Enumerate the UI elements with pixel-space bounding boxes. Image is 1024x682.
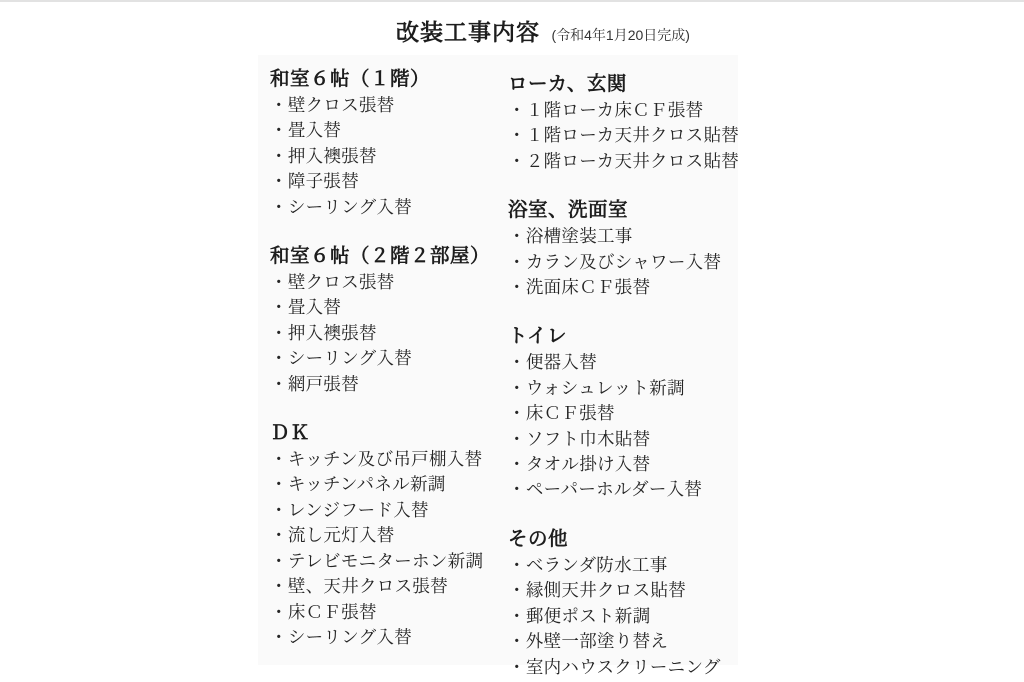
section-items: ・キッチン及び吊戸棚入替 ・キッチンパネル新調 ・レンジフード入替 ・流し元灯入… (270, 447, 506, 650)
work-item: ・流し元灯入替 (270, 523, 506, 548)
item-text: 郵便ポスト新調 (526, 606, 651, 626)
work-list-card: 和室６帖（１階） ・壁クロス張替 ・畳入替 ・押入襖張替 ・障子張替 ・シーリン… (258, 55, 738, 665)
item-text: 床ＣＦ張替 (526, 403, 615, 423)
item-text: 縁側天井クロス貼替 (526, 580, 686, 600)
work-item: ・テレビモニターホン新調 (270, 549, 506, 574)
item-text: 畳入替 (288, 297, 341, 317)
item-bullet: ・ (508, 429, 526, 449)
work-section: ローカ、玄関 ・１階ローカ床ＣＦ張替 ・１階ローカ天井クロス貼替 ・２階ローカ天… (508, 70, 736, 174)
section-items: ・便器入替 ・ウォシュレット新調 ・床ＣＦ張替 ・ソフト巾木貼替 ・タオル掛け入… (508, 350, 736, 502)
item-bullet: ・ (508, 403, 526, 423)
work-item: ・キッチンパネル新調 (270, 472, 506, 497)
item-bullet: ・ (270, 500, 288, 520)
work-item: ・カラン及びシャワー入替 (508, 250, 736, 275)
item-text: ソフト巾木貼替 (526, 429, 651, 449)
work-item: ・室内ハウスクリーニング (508, 655, 736, 680)
item-text: 床ＣＦ張替 (288, 602, 377, 622)
item-bullet: ・ (508, 606, 526, 626)
item-text: キッチンパネル新調 (288, 474, 446, 494)
item-text: 壁クロス張替 (288, 95, 395, 115)
item-bullet: ・ (508, 378, 526, 398)
left-column: 和室６帖（１階） ・壁クロス張替 ・畳入替 ・押入襖張替 ・障子張替 ・シーリン… (270, 65, 506, 650)
work-item: ・キッチン及び吊戸棚入替 (270, 447, 506, 472)
item-bullet: ・ (270, 348, 288, 368)
item-text: ベランダ防水工事 (526, 555, 668, 575)
item-text: 押入襖張替 (288, 146, 377, 166)
work-item: ・床ＣＦ張替 (270, 600, 506, 625)
item-bullet: ・ (270, 627, 288, 647)
section-items: ・ベランダ防水工事 ・縁側天井クロス貼替 ・郵便ポスト新調 ・外壁一部塗り替え … (508, 553, 736, 680)
item-text: 網戸張替 (288, 374, 359, 394)
work-section: 浴室、洗面室 ・浴槽塗装工事 ・カラン及びシャワー入替 ・洗面床ＣＦ張替 (508, 196, 736, 300)
work-item: ・押入襖張替 (270, 321, 506, 346)
item-bullet: ・ (270, 449, 288, 469)
work-item: ・レンジフード入替 (270, 498, 506, 523)
section-heading: トイレ (508, 322, 736, 350)
right-column: ローカ、玄関 ・１階ローカ床ＣＦ張替 ・１階ローカ天井クロス貼替 ・２階ローカ天… (508, 70, 736, 680)
work-item: ・１階ローカ床ＣＦ張替 (508, 98, 736, 123)
work-item: ・壁、天井クロス張替 (270, 574, 506, 599)
section-items: ・壁クロス張替 ・畳入替 ・押入襖張替 ・障子張替 ・シーリング入替 (270, 93, 506, 220)
item-bullet: ・ (270, 323, 288, 343)
section-items: ・浴槽塗装工事 ・カラン及びシャワー入替 ・洗面床ＣＦ張替 (508, 224, 736, 300)
work-item: ・ウォシュレット新調 (508, 376, 736, 401)
item-text: 壁、天井クロス張替 (288, 576, 448, 596)
item-text: 畳入替 (288, 120, 341, 140)
work-item: ・１階ローカ天井クロス貼替 (508, 123, 736, 148)
work-item: ・タオル掛け入替 (508, 452, 736, 477)
work-item: ・シーリング入替 (270, 625, 506, 650)
item-text: 壁クロス張替 (288, 272, 395, 292)
title-bar: 改装工事内容 (令和4年1月20日完成) (0, 14, 1024, 47)
item-bullet: ・ (508, 580, 526, 600)
item-text: 外壁一部塗り替え (526, 631, 668, 651)
section-heading: その他 (508, 525, 736, 553)
work-item: ・網戸張替 (270, 372, 506, 397)
work-item: ・押入襖張替 (270, 144, 506, 169)
item-text: タオル掛け入替 (526, 454, 651, 474)
work-item: ・ソフト巾木貼替 (508, 427, 736, 452)
work-item: ・畳入替 (270, 118, 506, 143)
item-bullet: ・ (270, 120, 288, 140)
item-bullet: ・ (270, 171, 288, 191)
item-text: シーリング入替 (288, 348, 412, 368)
item-bullet: ・ (508, 252, 526, 272)
item-bullet: ・ (508, 352, 526, 372)
work-item: ・外壁一部塗り替え (508, 629, 736, 654)
item-text: 便器入替 (526, 352, 597, 372)
page-title: 改装工事内容 (396, 14, 540, 47)
work-item: ・床ＣＦ張替 (508, 401, 736, 426)
item-bullet: ・ (508, 657, 526, 677)
item-text: 押入襖張替 (288, 323, 377, 343)
item-bullet: ・ (270, 95, 288, 115)
item-text: レンジフード入替 (288, 500, 429, 520)
work-item: ・ペーパーホルダー入替 (508, 477, 736, 502)
item-bullet: ・ (508, 479, 526, 499)
item-bullet: ・ (270, 374, 288, 394)
item-bullet: ・ (508, 277, 526, 297)
item-bullet: ・ (270, 272, 288, 292)
item-bullet: ・ (270, 576, 288, 596)
item-bullet: ・ (270, 474, 288, 494)
item-text: テレビモニターホン新調 (288, 551, 483, 571)
renovation-document: { "page": { "title": "改装工事内容", "subtitle… (0, 0, 1024, 682)
work-section: その他 ・ベランダ防水工事 ・縁側天井クロス貼替 ・郵便ポスト新調 ・外壁一部塗… (508, 525, 736, 680)
section-items: ・壁クロス張替 ・畳入替 ・押入襖張替 ・シーリング入替 ・網戸張替 (270, 270, 506, 397)
item-bullet: ・ (508, 151, 526, 171)
work-item: ・畳入替 (270, 295, 506, 320)
work-item: ・洗面床ＣＦ張替 (508, 275, 736, 300)
item-text: 流し元灯入替 (288, 525, 395, 545)
work-item: ・２階ローカ天井クロス貼替 (508, 149, 736, 174)
item-bullet: ・ (508, 454, 526, 474)
item-text: ウォシュレット新調 (526, 378, 685, 398)
item-bullet: ・ (508, 100, 526, 120)
item-text: ペーパーホルダー入替 (526, 479, 702, 499)
item-text: シーリング入替 (288, 197, 412, 217)
work-section: 和室６帖（１階） ・壁クロス張替 ・畳入替 ・押入襖張替 ・障子張替 ・シーリン… (270, 65, 506, 220)
work-item: ・ベランダ防水工事 (508, 553, 736, 578)
work-item: ・壁クロス張替 (270, 270, 506, 295)
work-item: ・便器入替 (508, 350, 736, 375)
item-text: 室内ハウスクリーニング (526, 657, 721, 677)
item-text: ２階ローカ天井クロス貼替 (526, 151, 739, 171)
work-item: ・縁側天井クロス貼替 (508, 578, 736, 603)
work-section: ＤＫ ・キッチン及び吊戸棚入替 ・キッチンパネル新調 ・レンジフード入替 ・流し… (270, 419, 506, 650)
item-text: 障子張替 (288, 171, 359, 191)
section-heading: 浴室、洗面室 (508, 196, 736, 224)
item-text: １階ローカ床ＣＦ張替 (526, 100, 704, 120)
section-heading: ＤＫ (270, 419, 506, 447)
item-text: シーリング入替 (288, 627, 412, 647)
work-section: 和室６帖（２階２部屋） ・壁クロス張替 ・畳入替 ・押入襖張替 ・シーリング入替… (270, 242, 506, 397)
section-heading: 和室６帖（１階） (270, 65, 506, 93)
item-bullet: ・ (508, 125, 526, 145)
work-section: トイレ ・便器入替 ・ウォシュレット新調 ・床ＣＦ張替 ・ソフト巾木貼替 ・タオ… (508, 322, 736, 502)
section-items: ・１階ローカ床ＣＦ張替 ・１階ローカ天井クロス貼替 ・２階ローカ天井クロス貼替 (508, 98, 736, 174)
work-item: ・壁クロス張替 (270, 93, 506, 118)
work-item: ・浴槽塗装工事 (508, 224, 736, 249)
work-item: ・郵便ポスト新調 (508, 604, 736, 629)
item-text: カラン及びシャワー入替 (526, 252, 721, 272)
item-bullet: ・ (508, 226, 526, 246)
item-bullet: ・ (270, 551, 288, 571)
item-bullet: ・ (270, 197, 288, 217)
item-bullet: ・ (270, 525, 288, 545)
item-text: 洗面床ＣＦ張替 (526, 277, 651, 297)
item-text: 浴槽塗装工事 (526, 226, 633, 246)
work-item: ・シーリング入替 (270, 195, 506, 220)
item-bullet: ・ (270, 297, 288, 317)
section-heading: ローカ、玄関 (508, 70, 736, 98)
item-bullet: ・ (508, 555, 526, 575)
item-text: １階ローカ天井クロス貼替 (526, 125, 739, 145)
section-heading: 和室６帖（２階２部屋） (270, 242, 506, 270)
item-bullet: ・ (508, 631, 526, 651)
work-item: ・シーリング入替 (270, 346, 506, 371)
item-bullet: ・ (270, 146, 288, 166)
item-text: キッチン及び吊戸棚入替 (288, 449, 483, 469)
item-bullet: ・ (270, 602, 288, 622)
completion-date: (令和4年1月20日完成) (551, 25, 689, 45)
work-item: ・障子張替 (270, 169, 506, 194)
